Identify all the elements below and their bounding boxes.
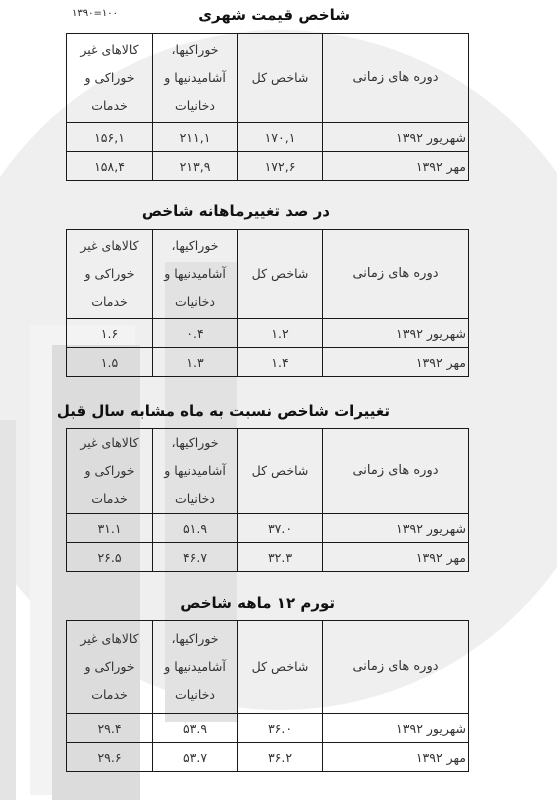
table-row: شهریور ۱۳۹۲ ۳۶.۰ ۵۳.۹ ۲۹.۴ [67, 714, 469, 743]
header-nonfood: کالاهای غیر خوراکی و خدمات [67, 230, 153, 319]
cell-total: ۱۷۲,۶ [238, 152, 323, 181]
cell-nonfood: ۱.۵ [67, 348, 153, 377]
header-nonfood: کالاهای غیر خوراکی و خدمات [67, 34, 153, 123]
cell-total: ۳۲.۳ [238, 543, 323, 572]
cell-food: ۲۱۱,۱ [153, 123, 238, 152]
cell-nonfood: ۲۹.۶ [67, 743, 153, 772]
cell-total: ۳۷.۰ [238, 514, 323, 543]
cell-nonfood: ۳۱.۱ [67, 514, 153, 543]
header-period: دوره های زمانی [323, 34, 469, 123]
cell-period: شهریور ۱۳۹۲ [323, 514, 469, 543]
table-row: شهریور ۱۳۹۲ ۱۷۰,۱ ۲۱۱,۱ ۱۵۶,۱ [67, 123, 469, 152]
header-food: خوراکیها، آشامیدنیها و دخانیات [153, 621, 238, 714]
cell-total: ۱۷۰,۱ [238, 123, 323, 152]
header-nonfood: کالاهای غیر خوراکی و خدمات [67, 621, 153, 714]
cell-nonfood: ۲۶.۵ [67, 543, 153, 572]
cell-period: شهریور ۱۳۹۲ [323, 319, 469, 348]
cell-food: ۲۱۳,۹ [153, 152, 238, 181]
cell-period: مهر ۱۳۹۲ [323, 348, 469, 377]
cell-nonfood: ۱۵۶,۱ [67, 123, 153, 152]
yoy-change-table: دوره های زمانی شاخص کل خوراکیها، آشامیدن… [66, 428, 469, 572]
cell-food: ۵۱.۹ [153, 514, 238, 543]
base-year-label: ۱۳۹۰=۱۰۰ [72, 8, 118, 19]
header-food: خوراکیها، آشامیدنیها و دخانیات [153, 34, 238, 123]
cell-total: ۱.۴ [238, 348, 323, 377]
table-row: مهر ۱۳۹۲ ۱.۴ ۱.۳ ۱.۵ [67, 348, 469, 377]
cell-period: شهریور ۱۳۹۲ [323, 714, 469, 743]
table-title: در صد تغییرماهانه شاخص [170, 202, 330, 220]
header-row: دوره های زمانی شاخص کل خوراکیها، آشامیدن… [67, 34, 469, 123]
cell-period: مهر ۱۳۹۲ [323, 743, 469, 772]
table-title: تورم ۱۲ ماهه شاخص [195, 594, 335, 612]
cell-period: مهر ۱۳۹۲ [323, 543, 469, 572]
table-row: مهر ۱۳۹۲ ۳۲.۳ ۴۶.۷ ۲۶.۵ [67, 543, 469, 572]
header-food: خوراکیها، آشامیدنیها و دخانیات [153, 429, 238, 514]
header-row: دوره های زمانی شاخص کل خوراکیها، آشامیدن… [67, 230, 469, 319]
table-row: مهر ۱۳۹۲ ۱۷۲,۶ ۲۱۳,۹ ۱۵۸,۴ [67, 152, 469, 181]
header-nonfood: کالاهای غیر خوراکی و خدمات [67, 429, 153, 514]
cell-nonfood: ۱۵۸,۴ [67, 152, 153, 181]
header-total: شاخص کل [238, 34, 323, 123]
header-total: شاخص کل [238, 230, 323, 319]
cell-food: ۵۳.۷ [153, 743, 238, 772]
table-row: شهریور ۱۳۹۲ ۳۷.۰ ۵۱.۹ ۳۱.۱ [67, 514, 469, 543]
twelve-month-inflation-table: دوره های زمانی شاخص کل خوراکیها، آشامیدن… [66, 620, 469, 772]
cell-period: شهریور ۱۳۹۲ [323, 123, 469, 152]
monthly-change-table: دوره های زمانی شاخص کل خوراکیها، آشامیدن… [66, 229, 469, 377]
cell-period: مهر ۱۳۹۲ [323, 152, 469, 181]
header-row: دوره های زمانی شاخص کل خوراکیها، آشامیدن… [67, 429, 469, 514]
header-food: خوراکیها، آشامیدنیها و دخانیات [153, 230, 238, 319]
cell-nonfood: ۱.۶ [67, 319, 153, 348]
cell-total: ۳۶.۲ [238, 743, 323, 772]
cell-food: ۴۶.۷ [153, 543, 238, 572]
header-total: شاخص کل [238, 429, 323, 514]
cell-total: ۳۶.۰ [238, 714, 323, 743]
header-period: دوره های زمانی [323, 429, 469, 514]
header-period: دوره های زمانی [323, 230, 469, 319]
table-title: تغییرات شاخص نسبت به ماه مشابه سال قبل [120, 402, 390, 420]
urban-price-index-table: دوره های زمانی شاخص کل خوراکیها، آشامیدن… [66, 33, 469, 181]
cell-total: ۱.۲ [238, 319, 323, 348]
cell-nonfood: ۲۹.۴ [67, 714, 153, 743]
header-period: دوره های زمانی [323, 621, 469, 714]
table-row: شهریور ۱۳۹۲ ۱.۲ ۰.۴ ۱.۶ [67, 319, 469, 348]
cell-food: ۵۳.۹ [153, 714, 238, 743]
header-row: دوره های زمانی شاخص کل خوراکیها، آشامیدن… [67, 621, 469, 714]
watermark-bar [0, 420, 16, 800]
table-row: مهر ۱۳۹۲ ۳۶.۲ ۵۳.۷ ۲۹.۶ [67, 743, 469, 772]
cell-food: ۱.۳ [153, 348, 238, 377]
header-total: شاخص کل [238, 621, 323, 714]
table-title: شاخص قیمت شهری [200, 6, 350, 24]
cell-food: ۰.۴ [153, 319, 238, 348]
